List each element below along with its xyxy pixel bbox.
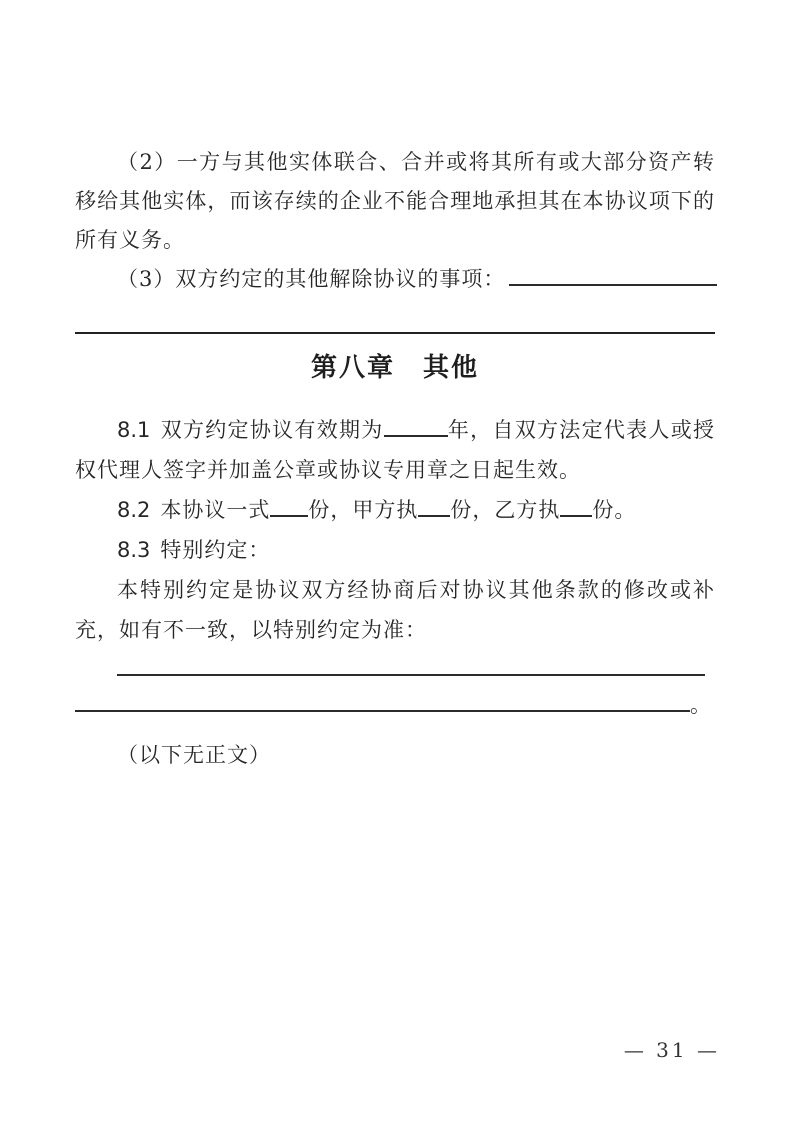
special-terms-blank-line-2: 。	[75, 676, 715, 719]
clause-8-2-party-a-copies-blank	[418, 513, 450, 517]
clause-8-1-paragraph: 8.1双方约定协议有效期为年，自双方法定代表人或授权代理人签字并加盖公章或协议专…	[75, 410, 715, 490]
clause-3-fill-in-blank	[509, 282, 717, 286]
clause-8-1-text-pre: 双方约定协议有效期为	[160, 418, 383, 442]
clause-8-1-number: 8.1	[117, 418, 150, 442]
clause-8-3-number: 8.3	[117, 538, 150, 562]
page-number: — 31 —	[624, 1038, 720, 1062]
clause-8-3-line: 8.3特别约定：	[75, 530, 715, 570]
clause-8-2-text-party-b: 份，乙方执	[450, 498, 560, 522]
clause-3-line: （3）双方约定的其他解除协议的事项：	[75, 260, 715, 299]
clause-8-2-party-b-copies-blank	[560, 513, 592, 517]
special-terms-blank-underline	[75, 676, 690, 712]
clause-2-paragraph: （2）一方与其他实体联合、合并或将其所有或大部分资产转移给其他实体，而该存续的企…	[75, 143, 715, 260]
no-more-text-notice: （以下无正文）	[75, 735, 715, 775]
clause-3-label: （3）双方约定的其他解除协议的事项：	[117, 267, 505, 291]
document-page: （2）一方与其他实体联合、合并或将其所有或大部分资产转移给其他实体，而该存续的企…	[0, 0, 793, 1122]
clause-8-3-label: 特别约定：	[160, 538, 270, 562]
special-terms-paragraph: 本特别约定是协议双方经协商后对协议其他条款的修改或补充，如有不一致，以特别约定为…	[75, 570, 715, 650]
clause-8-2-text-party-a: 份，甲方执	[308, 498, 418, 522]
section-divider-line	[75, 332, 715, 334]
clause-8-2-text-copies: 本协议一式	[160, 498, 270, 522]
clause-8-2-text-end: 份。	[592, 498, 636, 522]
clause-8-2-number: 8.2	[117, 498, 150, 522]
document-content: （2）一方与其他实体联合、合并或将其所有或大部分资产转移给其他实体，而该存续的企…	[75, 0, 715, 775]
chapter-8-heading: 第八章 其他	[75, 350, 715, 386]
clause-8-2-line: 8.2本协议一式份，甲方执份，乙方执份。	[75, 490, 715, 530]
clause-8-1-years-blank	[384, 433, 448, 437]
special-terms-blank-line-1	[117, 650, 705, 676]
blank-line-period: 。	[690, 693, 711, 717]
clause-8-2-total-copies-blank	[270, 513, 308, 517]
